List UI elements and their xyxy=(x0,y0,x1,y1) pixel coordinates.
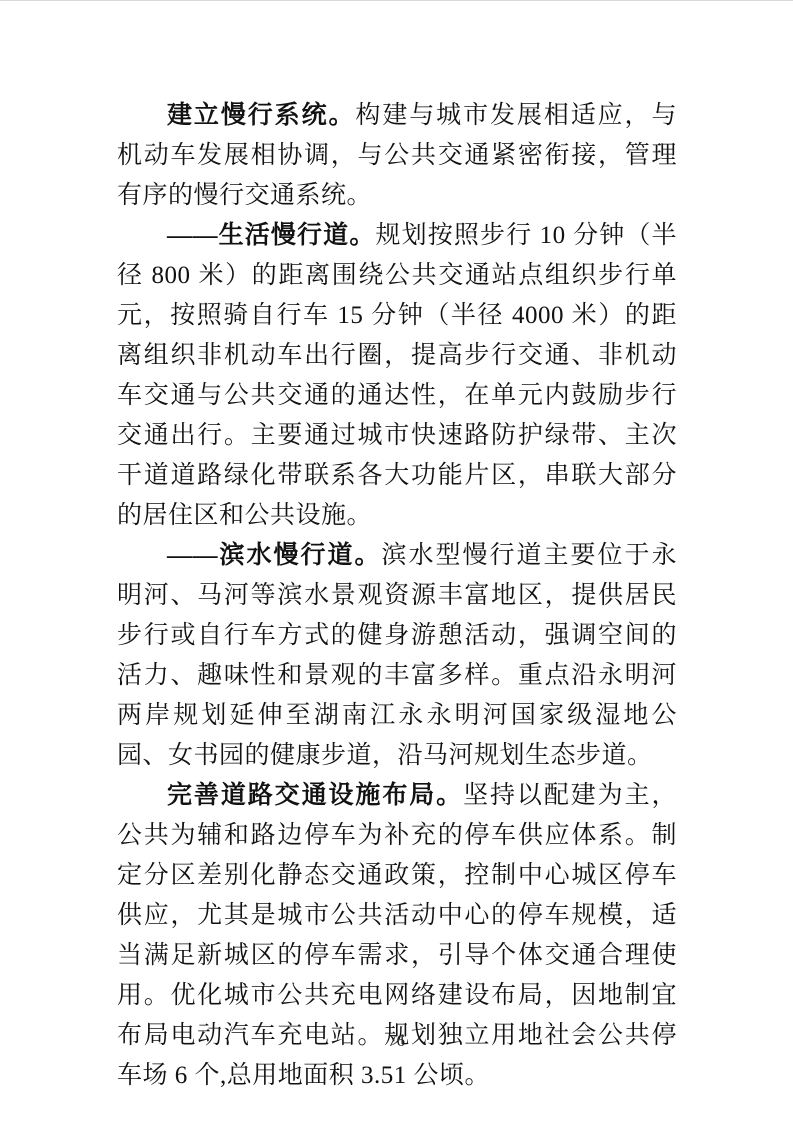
paragraph-waterfront-slow-lane: ——滨水慢行道。滨水型慢行道主要位于永明河、马河等滨水景观资源丰富地区，提供居民… xyxy=(117,536,677,776)
page-number: 76 xyxy=(0,1031,793,1051)
paragraph-lead: ——生活慢行道。 xyxy=(167,222,375,249)
paragraph-lead: ——滨水慢行道。 xyxy=(167,542,382,569)
document-page: 建立慢行系统。构建与城市发展相适应，与机动车发展相协调，与公共交通紧密衔接，管理… xyxy=(0,0,793,1122)
paragraph-body: 滨水型慢行道主要位于永明河、马河等滨水景观资源丰富地区，提供居民步行或自行车方式… xyxy=(117,542,677,769)
paragraph-lead: 建立慢行系统。 xyxy=(167,102,355,129)
paragraph-body: 规划按照步行 10 分钟（半径 800 米）的距离围绕公共交通站点组织步行单元，… xyxy=(117,222,677,529)
paragraph-slow-traffic-system: 建立慢行系统。构建与城市发展相适应，与机动车发展相协调，与公共交通紧密衔接，管理… xyxy=(117,96,677,216)
text-block: 建立慢行系统。构建与城市发展相适应，与机动车发展相协调，与公共交通紧密衔接，管理… xyxy=(117,96,677,1096)
paragraph-life-slow-lane: ——生活慢行道。规划按照步行 10 分钟（半径 800 米）的距离围绕公共交通站… xyxy=(117,216,677,536)
paragraph-lead: 完善道路交通设施布局。 xyxy=(167,782,463,809)
